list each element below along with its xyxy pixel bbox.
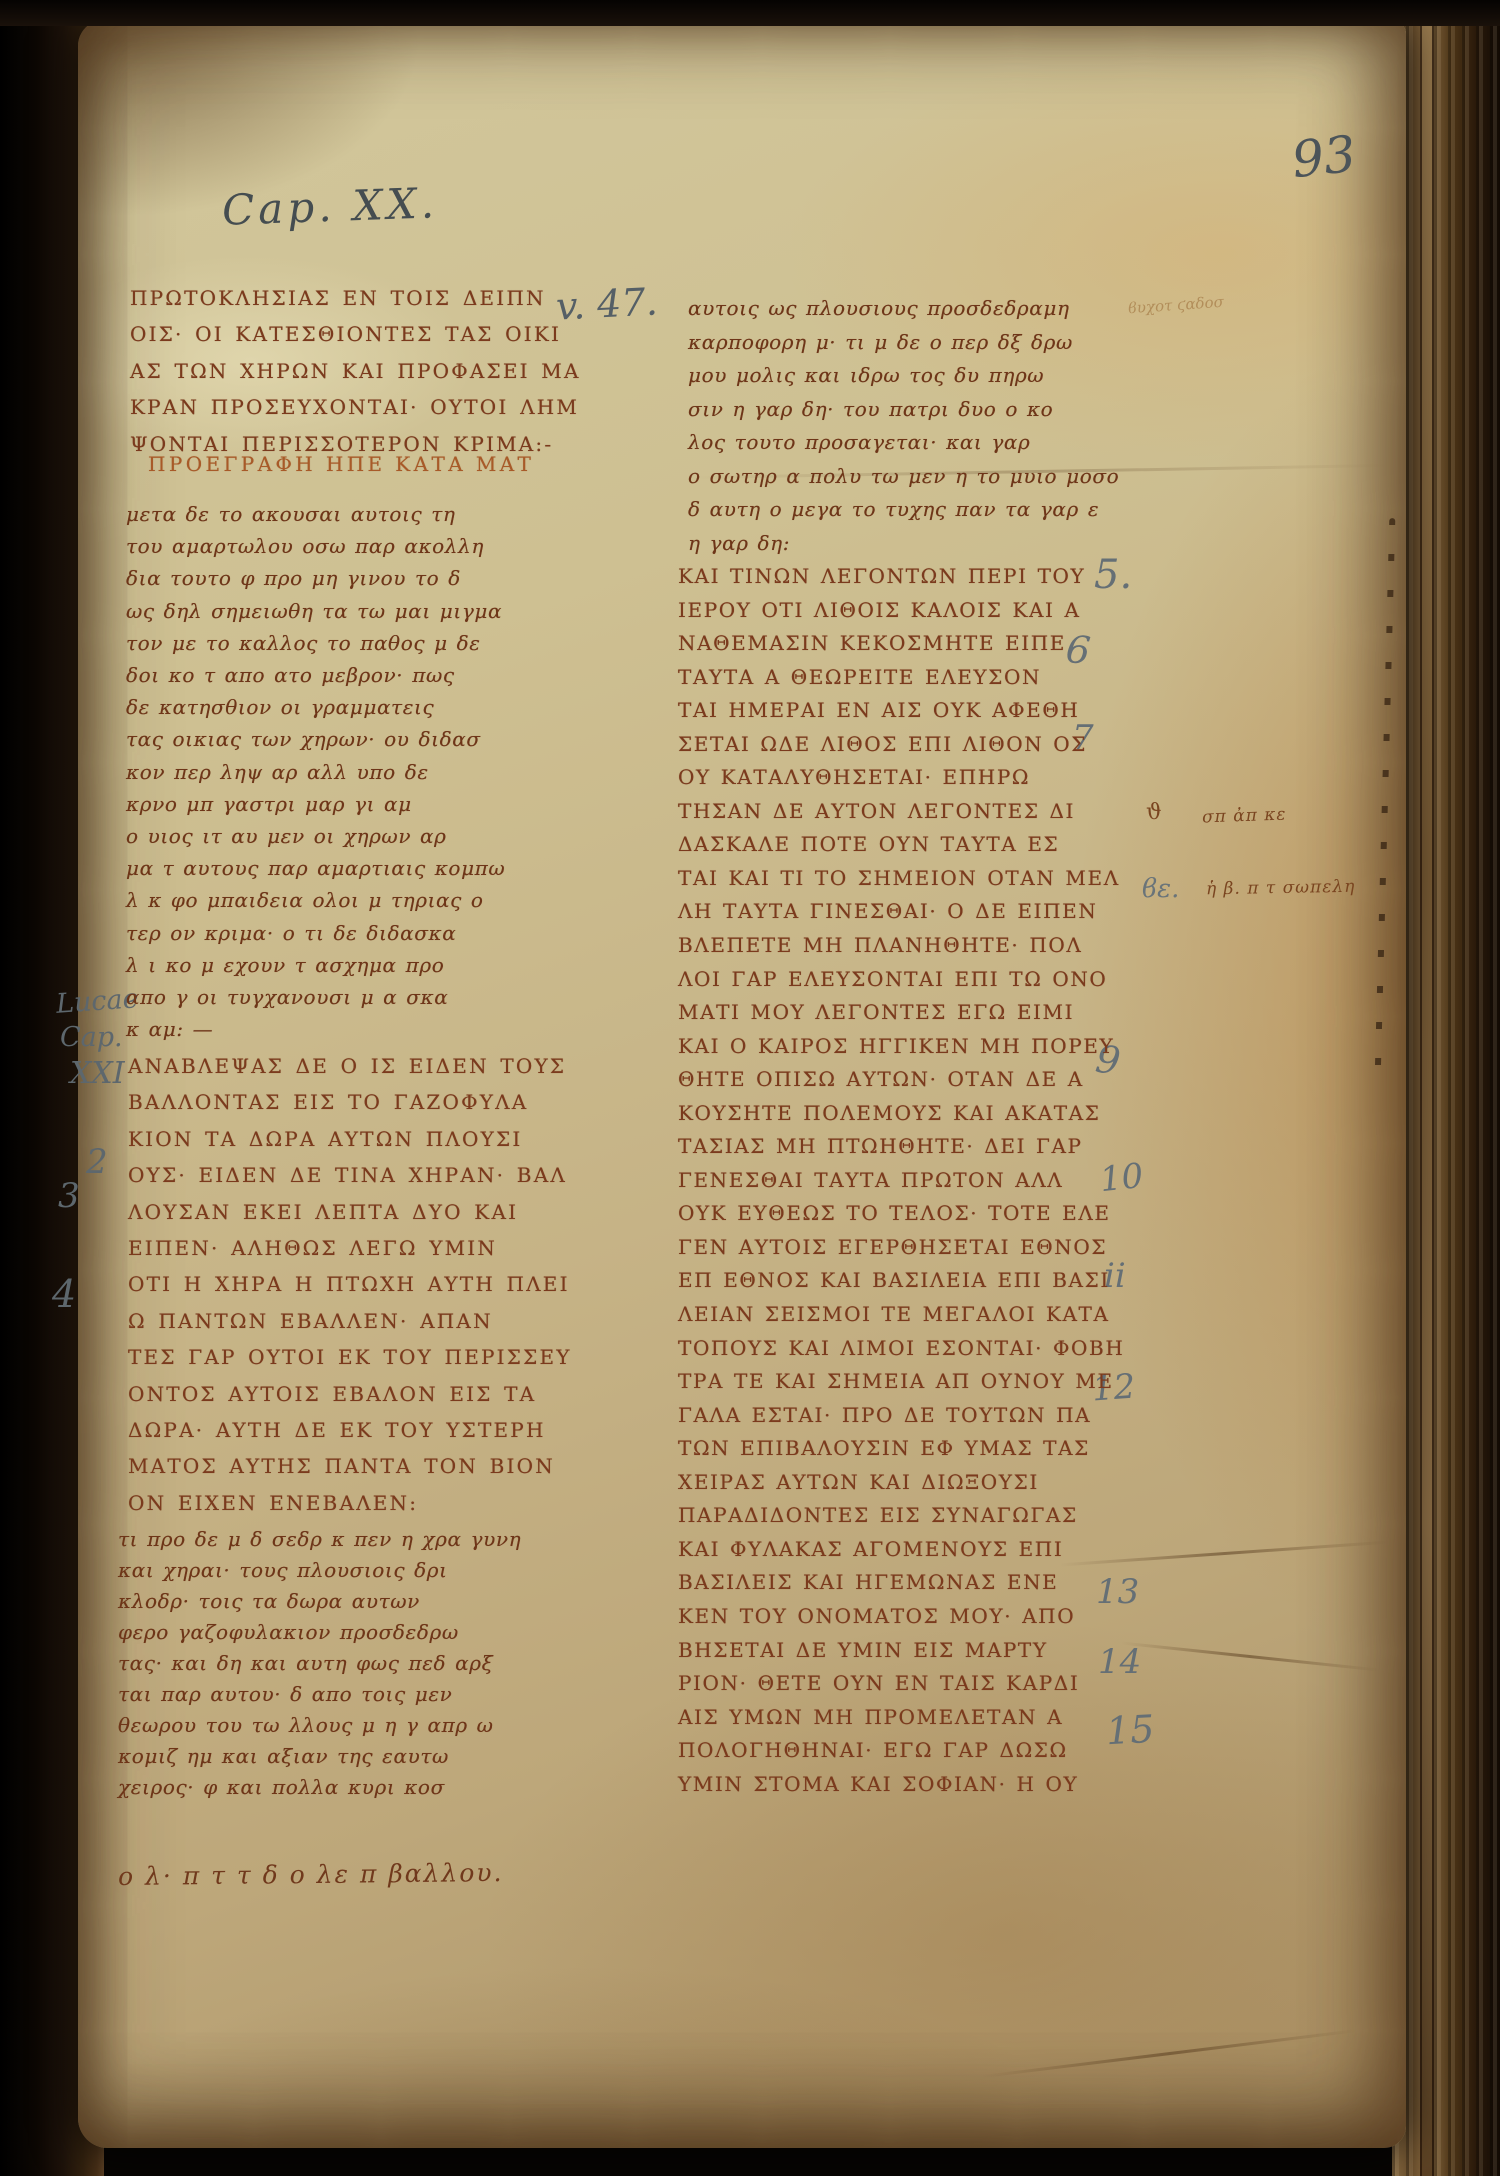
text-line: ΟΥΣ· ΕΙΔΕΝ ΔΕ ΤΙΝΑ ΧΗΡΑΝ· ΒΑΛ bbox=[128, 1157, 572, 1193]
text-line: ΚΕΝ ΤΟΥ ΟΝΟΜΑΤΟΣ ΜΟΥ· ΑΠΟ bbox=[678, 1600, 1124, 1634]
text-line: ΑΙΣ ΥΜΩΝ ΜΗ ΠΡΟΜΕΛΕΤΑΝ Α bbox=[678, 1701, 1124, 1735]
text-line: σιν η γαρ δη· του πατρι δυο ο κο bbox=[688, 393, 1119, 427]
text-line: ΚΑΙ ΦΥΛΑΚΑΣ ΑΓΟΜΕΝΟΥΣ ΕΠΙ bbox=[678, 1533, 1124, 1567]
text-line: ΟΝΤΟΣ ΑΥΤΟΙΣ ΕΒΑΛΟΝ ΕΙΣ ΤΑ bbox=[128, 1376, 572, 1412]
text-line: ΙΕΡΟΥ ΟΤΙ ΛΙΘΟΙΣ ΚΑΛΟΙΣ ΚΑΙ Α bbox=[678, 594, 1124, 628]
text-line: ΓΕΝΕΣΘΑΙ ΤΑΥΤΑ ΠΡΩΤΟΝ ΑΛΛ bbox=[678, 1164, 1124, 1198]
text-line: ΤΡΑ ΤΕ ΚΑΙ ΣΗΜΕΙΑ ΑΠ ΟΥΝΟΥ ΜΕ bbox=[678, 1365, 1124, 1399]
text-line: ται παρ αυτου· δ απο τοις μεν bbox=[118, 1679, 521, 1710]
text-line: ΟΥ ΚΑΤΑΛΥΘΗΣΕΤΑΙ· ΕΠΗΡΩ bbox=[678, 761, 1124, 795]
text-line: του αμαρτωλου οσω παρ ακολλη bbox=[126, 530, 505, 562]
text-line: Ω ΠΑΝΤΩΝ ΕΒΑΛΛΕΝ· ΑΠΑΝ bbox=[128, 1303, 572, 1339]
text-line: ΕΠ ΕΘΝΟΣ ΚΑΙ ΒΑΣΙΛΕΙΑ ΕΠΙ ΒΑΣΙ bbox=[678, 1264, 1124, 1298]
text-line: κον περ ληψ αρ αλλ υπο δε bbox=[126, 756, 505, 788]
text-line: ΟΤΙ Η ΧΗΡΑ Η ΠΤΩΧΗ ΑΥΤΗ ΠΛΕΙ bbox=[128, 1266, 572, 1302]
text-line: ΣΕΤΑΙ ΩΔΕ ΛΙΘΟΣ ΕΠΙ ΛΙΘΟΝ ΟΣ bbox=[678, 728, 1124, 762]
folio-number: 93 bbox=[1289, 125, 1358, 189]
text-line: ΤΩΝ ΕΠΙΒΑΛΟΥΣΙΝ ΕΦ ΥΜΑΣ ΤΑΣ bbox=[678, 1432, 1124, 1466]
text-line: ΠΑΡΑΔΙΔΟΝΤΕΣ ΕΙΣ ΣΥΝΑΓΩΓΑΣ bbox=[678, 1499, 1124, 1533]
text-line: τον με το καλλος το παθος μ δε bbox=[126, 627, 505, 659]
top-shadow bbox=[0, 0, 1500, 26]
text-line: ΕΙΠΕΝ· ΑΛΗΘΩΣ ΛΕΓΩ ΥΜΙΝ bbox=[128, 1230, 572, 1266]
text-line: δ αυτη ο μεγα το τυχης παν τα γαρ ε bbox=[688, 493, 1119, 527]
text-line: ΔΑΣΚΑΛΕ ΠΟΤΕ ΟΥΝ ΤΑΥΤΑ ΕΣ bbox=[678, 828, 1124, 862]
text-line: ΤΑΙ ΗΜΕΡΑΙ ΕΝ ΑΙΣ ΟΥΚ ΑΦΕΘΗ bbox=[678, 694, 1124, 728]
text-line: ΥΜΙΝ ΣΤΟΜΑ ΚΑΙ ΣΟΦΙΑΝ· Η ΟΥ bbox=[678, 1768, 1124, 1802]
text-line: μου μολις και ιδρω τος δυ πηρω bbox=[688, 359, 1119, 393]
left-verse-number: 2 bbox=[86, 1142, 108, 1182]
text-line: ο σωτηρ α πολυ τω μεν η το μυιο μοσο bbox=[688, 460, 1119, 494]
left-column-commentary-a: μετα δε το ακουσαι αυτοις τητου αμαρτωλο… bbox=[126, 498, 505, 1045]
text-line: κρνο μπ γαστρι μαρ γι αμ bbox=[126, 788, 505, 820]
chapter-heading: Cap. XX. bbox=[221, 178, 439, 235]
left-column-gospel-mid: ΑΝΑΒΛΕΨΑΣ ΔΕ Ο ΙΣ ΕΙΔΕΝ ΤΟΥΣΒΑΛΛΟΝΤΑΣ ΕΙ… bbox=[128, 1048, 572, 1521]
text-line: ΠΟΛΟΓΗΘΗΝΑΙ· ΕΓΩ ΓΑΡ ΔΩΣΩ bbox=[678, 1734, 1124, 1768]
text-line: ΚΑΙ ΤΙΝΩΝ ΛΕΓΟΝΤΩΝ ΠΕΡΙ ΤΟΥ bbox=[678, 560, 1124, 594]
colophon-line: ο λ· π τ τ δ ο λε π βαλλου. bbox=[118, 1858, 504, 1891]
text-line: αυτοις ως πλουσιους προσδεδραμη bbox=[688, 292, 1119, 326]
text-line: τι προ δε μ δ σεδρ κ πεν η χρα γυνη bbox=[118, 1524, 521, 1555]
text-line: ως δηλ σημειωθη τα τω μαι μιγμα bbox=[126, 595, 505, 627]
text-line: λος τουτο προσαγεται· και γαρ bbox=[688, 426, 1119, 460]
text-line: ΒΑΛΛΟΝΤΑΣ ΕΙΣ ΤΟ ΓΑΖΟΦΥΛΑ bbox=[128, 1084, 572, 1120]
marginal-scholion: σπ ἀπ κε bbox=[1202, 805, 1287, 828]
text-line: δια τουτο φ προ μη γινου το δ bbox=[126, 562, 505, 594]
text-line: κομιζ ημ και αξιαν της εαυτω bbox=[118, 1741, 521, 1772]
text-line: λ κ φο μπαιδεια ολοι μ τηριας ο bbox=[126, 884, 505, 916]
text-line: κ αμ: — bbox=[126, 1013, 505, 1045]
text-line: ΛΟΙ ΓΑΡ ΕΛΕΥΣΟΝΤΑΙ ΕΠΙ ΤΩ ΟΝΟ bbox=[678, 963, 1124, 997]
text-line: φερο γαζοφυλακιον προσδεδρω bbox=[118, 1617, 521, 1648]
text-line: ΤΑΣΙΑΣ ΜΗ ΠΤΩΗΘΗΤΕ· ΔΕΙ ΓΑΡ bbox=[678, 1130, 1124, 1164]
text-line: ΘΗΤΕ ΟΠΙΣΩ ΑΥΤΩΝ· ΟΤΑΝ ΔΕ Α bbox=[678, 1063, 1124, 1097]
text-line: μετα δε το ακουσαι αυτοις τη bbox=[126, 498, 505, 530]
text-line: κλοδρ· τοις τα δωρα αυτων bbox=[118, 1586, 521, 1617]
right-column-commentary: αυτοις ως πλουσιους προσδεδραμηκαρποφορη… bbox=[688, 292, 1119, 560]
text-line: τας οικιας των χηρων· ου διδασ bbox=[126, 723, 505, 755]
text-line: ΛΕΙΑΝ ΣΕΙΣΜΟΙ ΤΕ ΜΕΓΑΛΟΙ ΚΑΤΑ bbox=[678, 1298, 1124, 1332]
text-line: θεωρου του τω λλους μ η γ απρ ω bbox=[118, 1710, 521, 1741]
marginal-flourish: ϑ bbox=[1146, 800, 1162, 825]
text-line: ΤΗΣΑΝ ΔΕ ΑΥΤΟΝ ΛΕΓΟΝΤΕΣ ΔΙ bbox=[678, 795, 1124, 829]
text-line: ο υιος ιτ αυ μεν οι χηρων αρ bbox=[126, 820, 505, 852]
text-line: απο γ οι τυγχανουσι μ α σκα bbox=[126, 981, 505, 1013]
text-line: ΔΩΡΑ· ΑΥΤΗ ΔΕ ΕΚ ΤΟΥ ΥΣΤΕΡΗ bbox=[128, 1412, 572, 1448]
text-line: ΚΟΥΣΗΤΕ ΠΟΛΕΜΟΥΣ ΚΑΙ ΑΚΑΤΑΣ bbox=[678, 1097, 1124, 1131]
text-line: ΟΝ ΕΙΧΕΝ ΕΝΕΒΑΛΕΝ: bbox=[128, 1485, 572, 1521]
manuscript-photo: { "page": { "folio_number": "93", "chapt… bbox=[0, 0, 1500, 2176]
text-line: ΑΣ ΤΩΝ ΧΗΡΩΝ ΚΑΙ ΠΡΟΦΑΣΕΙ ΜΑ bbox=[130, 353, 581, 389]
text-line: δε κατησθιον οι γραμματεις bbox=[126, 691, 505, 723]
text-line: ΛΗ ΤΑΥΤΑ ΓΙΝΕΣΘΑΙ· Ο ΔΕ ΕΙΠΕΝ bbox=[678, 895, 1124, 929]
text-line: καρποφορη μ· τι μ δε ο περ δξ δρω bbox=[688, 326, 1119, 360]
text-line: ΠΡΩΤΟΚΛΗΣΙΑΣ ΕΝ ΤΟΙΣ ΔΕΙΠΝ bbox=[130, 280, 581, 316]
text-line: ΜΑΤΙ ΜΟΥ ΛΕΓΟΝΤΕΣ ΕΓΩ ΕΙΜΙ bbox=[678, 996, 1124, 1030]
text-line: ΛΟΥΣΑΝ ΕΚΕΙ ΛΕΠΤΑ ΔΥΟ ΚΑΙ bbox=[128, 1194, 572, 1230]
text-line: ΜΑΤΟΣ ΑΥΤΗΣ ΠΑΝΤΑ ΤΟΝ ΒΙΟΝ bbox=[128, 1448, 572, 1484]
stacked-page-edges bbox=[1392, 0, 1500, 2176]
marginal-scholion-pencil-prefix: ϐε. bbox=[1142, 874, 1179, 904]
left-verse-number: 3 bbox=[58, 1176, 80, 1216]
text-line: ΟΙΣ· ΟΙ ΚΑΤΕΣΘΙΟΝΤΕΣ ΤΑΣ ΟΙΚΙ bbox=[130, 316, 581, 352]
text-line: ΤΟΠΟΥΣ ΚΑΙ ΛΙΜΟΙ ΕΣΟΝΤΑΙ· ΦΟΒΗ bbox=[678, 1332, 1124, 1366]
text-line: ΡΙΟΝ· ΘΕΤΕ ΟΥΝ ΕΝ ΤΑΙΣ ΚΑΡΔΙ bbox=[678, 1667, 1124, 1701]
text-line: ΝΑΘΕΜΑΣΙΝ ΚΕΚΟΣΜΗΤΕ ΕΙΠΕ bbox=[678, 627, 1124, 661]
right-column-gospel: ΚΑΙ ΤΙΝΩΝ ΛΕΓΟΝΤΩΝ ΠΕΡΙ ΤΟΥΙΕΡΟΥ ΟΤΙ ΛΙΘ… bbox=[678, 560, 1124, 1801]
left-column-commentary-b: τι προ δε μ δ σεδρ κ πεν η χρα γυνηκαι χ… bbox=[118, 1524, 521, 1803]
left-column-gospel-top: ΠΡΩΤΟΚΛΗΣΙΑΣ ΕΝ ΤΟΙΣ ΔΕΙΠΝΟΙΣ· ΟΙ ΚΑΤΕΣΘ… bbox=[130, 280, 581, 462]
text-line: τας· και δη και αυτη φως πεδ αρξ bbox=[118, 1648, 521, 1679]
text-line: ΓΕΝ ΑΥΤΟΙΣ ΕΓΕΡΘΗΣΕΤΑΙ ΕΘΝΟΣ bbox=[678, 1231, 1124, 1265]
page-edge-seam bbox=[1420, 0, 1434, 2176]
text-line: ΑΝΑΒΛΕΨΑΣ ΔΕ Ο ΙΣ ΕΙΔΕΝ ΤΟΥΣ bbox=[128, 1048, 572, 1084]
text-line: χειρος· φ και πολλα κυρι κοσ bbox=[118, 1772, 521, 1803]
text-line: ΤΕΣ ΓΑΡ ΟΥΤΟΙ ΕΚ ΤΟΥ ΠΕΡΙΣΣΕΥ bbox=[128, 1339, 572, 1375]
text-line: ΓΑΛΑ ΕΣΤΑΙ· ΠΡΟ ΔΕ ΤΟΥΤΩΝ ΠΑ bbox=[678, 1399, 1124, 1433]
text-line: λ ι κο μ εχουν τ ασχημα προ bbox=[126, 949, 505, 981]
text-line: ΚΑΙ Ο ΚΑΙΡΟΣ ΗΓΓΙΚΕΝ ΜΗ ΠΟΡΕΥ bbox=[678, 1030, 1124, 1064]
rubric-line: ΠΡΟΕΓΡΑΦΗ ΗΠΕ ΚΑΤΑ ΜΑΤ bbox=[148, 452, 534, 476]
text-line: η γαρ δη: bbox=[688, 527, 1119, 561]
margin-note-xxi: XXI bbox=[70, 1056, 125, 1091]
text-line: μα τ αυτους παρ αμαρτιαις κομπω bbox=[126, 852, 505, 884]
text-line: ΤΑΙ ΚΑΙ ΤΙ ΤΟ ΣΗΜΕΙΟΝ ΟΤΑΝ ΜΕΛ bbox=[678, 862, 1124, 896]
text-line: ΧΕΙΡΑΣ ΑΥΤΩΝ ΚΑΙ ΔΙΩΞΟΥΣΙ bbox=[678, 1466, 1124, 1500]
text-line: και χηραι· τους πλουσιοις δρι bbox=[118, 1555, 521, 1586]
text-line: ΒΑΣΙΛΕΙΣ ΚΑΙ ΗΓΕΜΩΝΑΣ ΕΝΕ bbox=[678, 1566, 1124, 1600]
text-line: ΟΥΚ ΕΥΘΕΩΣ ΤΟ ΤΕΛΟΣ· ΤΟΤΕ ΕΛΕ bbox=[678, 1197, 1124, 1231]
text-line: ΤΑΥΤΑ Α ΘΕΩΡΕΙΤΕ ΕΛΕΥΣΟΝ bbox=[678, 661, 1124, 695]
text-line: δοι κο τ απο ατο μεβρον· πως bbox=[126, 659, 505, 691]
left-verse-number: 4 bbox=[52, 1272, 76, 1316]
text-line: ΒΛΕΠΕΤΕ ΜΗ ΠΛΑΝΗΘΗΤΕ· ΠΟΛ bbox=[678, 929, 1124, 963]
marginal-scholion: ἡ β. π τ σωπελη bbox=[1206, 877, 1356, 900]
text-line: ΚΡΑΝ ΠΡΟΣΕΥΧΟΝΤΑΙ· ΟΥΤΟΙ ΛΗΜ bbox=[130, 389, 581, 425]
text-line: ΒΗΣΕΤΑΙ ΔΕ ΥΜΙΝ ΕΙΣ ΜΑΡΤΥ bbox=[678, 1634, 1124, 1668]
margin-note-cap: Cap. bbox=[60, 1022, 123, 1053]
text-line: ΚΙΟΝ ΤΑ ΔΩΡΑ ΑΥΤΩΝ ΠΛΟΥΣΙ bbox=[128, 1121, 572, 1157]
text-line: τερ ον κριμα· ο τι δε διδασκα bbox=[126, 917, 505, 949]
